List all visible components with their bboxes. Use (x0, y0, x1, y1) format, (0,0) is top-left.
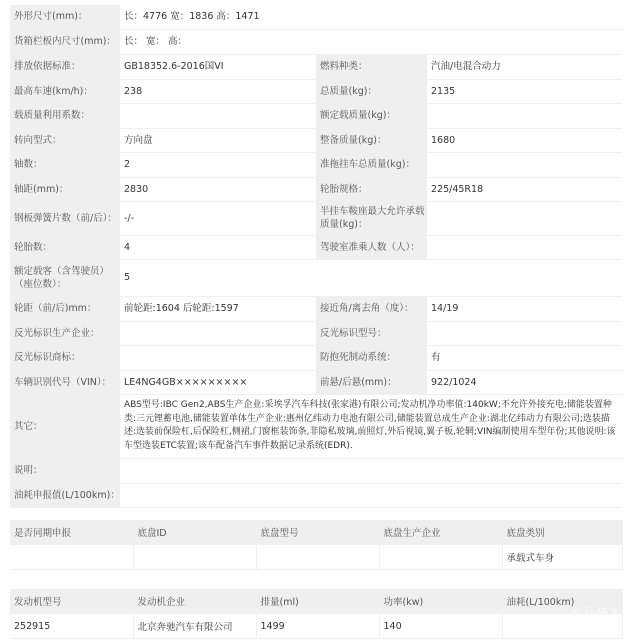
spec-label: 载质量利用系数： (10, 103, 120, 128)
cell-power: 140 (379, 614, 502, 639)
spec-value: 2830 (120, 177, 316, 201)
cell-chassis-id (133, 545, 256, 570)
spec-value (427, 235, 622, 259)
engine-header-row: 发动机型号 发动机企业 排量(ml) 功率(kw) 油耗(L/100km) (10, 589, 622, 614)
spec-value: 5 (120, 259, 622, 296)
table-row: 承载式车身 (10, 545, 622, 570)
spec-row: 货箱栏板内尺寸(mm)：长： 宽： 高： (10, 29, 622, 54)
spec-label: 半挂车鞍座最大允许承载质量(kg)： (316, 201, 427, 235)
header-displacement: 排量(ml) (256, 589, 379, 614)
header-chassis-id: 底盘ID (133, 520, 256, 545)
spec-label: 外形尺寸(mm)： (10, 5, 120, 29)
spec-row: 油耗申报值(L/100km)： (10, 483, 622, 507)
engine-table: 发动机型号 发动机企业 排量(ml) 功率(kw) 油耗(L/100km) 25… (10, 589, 623, 639)
spec-value (120, 321, 316, 345)
spec-row: 其它：ABS型号:IBC Gen2,ABS生产企业:采埃孚汽车科技(张家港)有限… (10, 394, 622, 458)
spec-row: 反光标识商标：防抱死制动系统：有 (10, 345, 622, 370)
cell-engine-model: 252915 (10, 614, 133, 639)
spec-value: LE4NG4GB××××××××× (120, 370, 316, 394)
spec-value: 14/19 (427, 296, 622, 321)
spec-label: 驾驶室准乘人数（人）： (316, 235, 427, 259)
spec-label: 总质量(kg)： (316, 79, 427, 103)
cell-chassis-category: 承载式车身 (502, 545, 622, 570)
watermark: 小号搭车 (570, 604, 622, 621)
spec-value: 有 (427, 345, 622, 370)
header-chassis-model: 底盘型号 (256, 520, 379, 545)
spec-label: 转向型式： (10, 128, 120, 152)
spec-value: 1680 (427, 128, 622, 152)
spec-label: 轮胎数： (10, 235, 120, 259)
spec-value: GB18352.6-2016国VI (120, 54, 316, 79)
spec-value: 长：4776 宽：1836 高：1471 (120, 5, 622, 29)
spec-value (427, 201, 622, 235)
table-row: 252915 北京奔驰汽车有限公司 1499 140 (10, 614, 622, 639)
spec-row: 轴距(mm)：2830轮胎规格：225/45R18 (10, 177, 622, 201)
spec-row: 轴数：2准拖挂车总质量(kg)： (10, 152, 622, 177)
header-chassis-category: 底盘类别 (502, 520, 622, 545)
spec-value: 225/45R18 (427, 177, 622, 201)
spec-value: 238 (120, 79, 316, 103)
spec-value: ABS型号:IBC Gen2,ABS生产企业:采埃孚汽车科技(张家港)有限公司;… (120, 394, 622, 458)
header-simultaneous-filing: 是否同期申报 (10, 520, 133, 545)
spec-row: 钢板弹簧片数（前/后）：-/-半挂车鞍座最大允许承载质量(kg)： (10, 201, 622, 235)
spec-row: 说明： (10, 458, 622, 483)
spec-row: 最高车速(km/h)：238总质量(kg)：2135 (10, 79, 622, 103)
spec-value (427, 321, 622, 345)
spec-value: -/- (120, 201, 316, 235)
spec-label: 反光标识商标： (10, 345, 120, 370)
vehicle-spec-table: 外形尺寸(mm)：长：4776 宽：1836 高：1471货箱栏板内尺寸(mm)… (10, 5, 622, 508)
spec-value: 922/1024 (427, 370, 622, 394)
spec-value (427, 152, 622, 177)
spec-label: 接近角/离去角（度）： (316, 296, 427, 321)
spec-label: 说明： (10, 458, 120, 483)
spec-label: 轮胎规格： (316, 177, 427, 201)
spec-row: 反光标识生产企业：反光标识型号： (10, 321, 622, 345)
spec-label: 车辆识别代号（VIN）： (10, 370, 120, 394)
spec-label: 燃料种类： (316, 54, 427, 79)
spec-value: 2 (120, 152, 316, 177)
spec-value (120, 345, 316, 370)
cell-chassis-model (256, 545, 379, 570)
spec-label: 反光标识型号： (316, 321, 427, 345)
spec-value (120, 458, 622, 483)
spec-label: 额定载质量(kg)： (316, 103, 427, 128)
header-chassis-manufacturer: 底盘生产企业 (379, 520, 502, 545)
spec-row: 转向型式：方向盘整备质量(kg)：1680 (10, 128, 622, 152)
spec-row: 车辆识别代号（VIN）：LE4NG4GB×××××××××前悬/后悬(mm)：9… (10, 370, 622, 394)
header-engine-manufacturer: 发动机企业 (133, 589, 256, 614)
spec-value: 前轮距:1604 后轮距:1597 (120, 296, 316, 321)
spec-label: 额定载客（含驾驶员）（座位数）： (10, 259, 120, 296)
spec-label: 最高车速(km/h)： (10, 79, 120, 103)
chassis-table: 是否同期申报 底盘ID 底盘型号 底盘生产企业 底盘类别 承载式车身 (10, 520, 623, 570)
spec-label: 排放依据标准： (10, 54, 120, 79)
spec-row: 排放依据标准：GB18352.6-2016国VI燃料种类：汽油/电混合动力 (10, 54, 622, 79)
spec-label: 前悬/后悬(mm)： (316, 370, 427, 394)
spec-label: 钢板弹簧片数（前/后）： (10, 201, 120, 235)
spec-label: 反光标识生产企业： (10, 321, 120, 345)
spec-label: 其它： (10, 394, 120, 458)
spec-row: 轮距（前/后)mm：前轮距:1604 后轮距:1597接近角/离去角（度）：14… (10, 296, 622, 321)
spec-label: 整备质量(kg)： (316, 128, 427, 152)
spec-value: 2135 (427, 79, 622, 103)
spec-label: 轴数： (10, 152, 120, 177)
header-engine-model: 发动机型号 (10, 589, 133, 614)
spec-label: 货箱栏板内尺寸(mm)： (10, 29, 120, 54)
header-power: 功率(kw) (379, 589, 502, 614)
cell-engine-manufacturer: 北京奔驰汽车有限公司 (133, 614, 256, 639)
cell-displacement: 1499 (256, 614, 379, 639)
spec-row: 外形尺寸(mm)：长：4776 宽：1836 高：1471 (10, 5, 622, 29)
cell-simultaneous-filing (10, 545, 133, 570)
spec-value: 汽油/电混合动力 (427, 54, 622, 79)
spec-row: 载质量利用系数：额定载质量(kg)： (10, 103, 622, 128)
spec-value (120, 483, 622, 507)
spec-label: 准拖挂车总质量(kg)： (316, 152, 427, 177)
spec-label: 轮距（前/后)mm： (10, 296, 120, 321)
spec-value: 4 (120, 235, 316, 259)
spec-label: 轴距(mm)： (10, 177, 120, 201)
spec-value: 长： 宽： 高： (120, 29, 622, 54)
spec-value (427, 103, 622, 128)
spec-row: 额定载客（含驾驶员）（座位数）：5 (10, 259, 622, 296)
chassis-header-row: 是否同期申报 底盘ID 底盘型号 底盘生产企业 底盘类别 (10, 520, 622, 545)
spec-row: 轮胎数：4驾驶室准乘人数（人）： (10, 235, 622, 259)
spec-label: 防抱死制动系统： (316, 345, 427, 370)
spec-value (120, 103, 316, 128)
cell-chassis-manufacturer (379, 545, 502, 570)
spec-label: 油耗申报值(L/100km)： (10, 483, 120, 507)
spec-value: 方向盘 (120, 128, 316, 152)
